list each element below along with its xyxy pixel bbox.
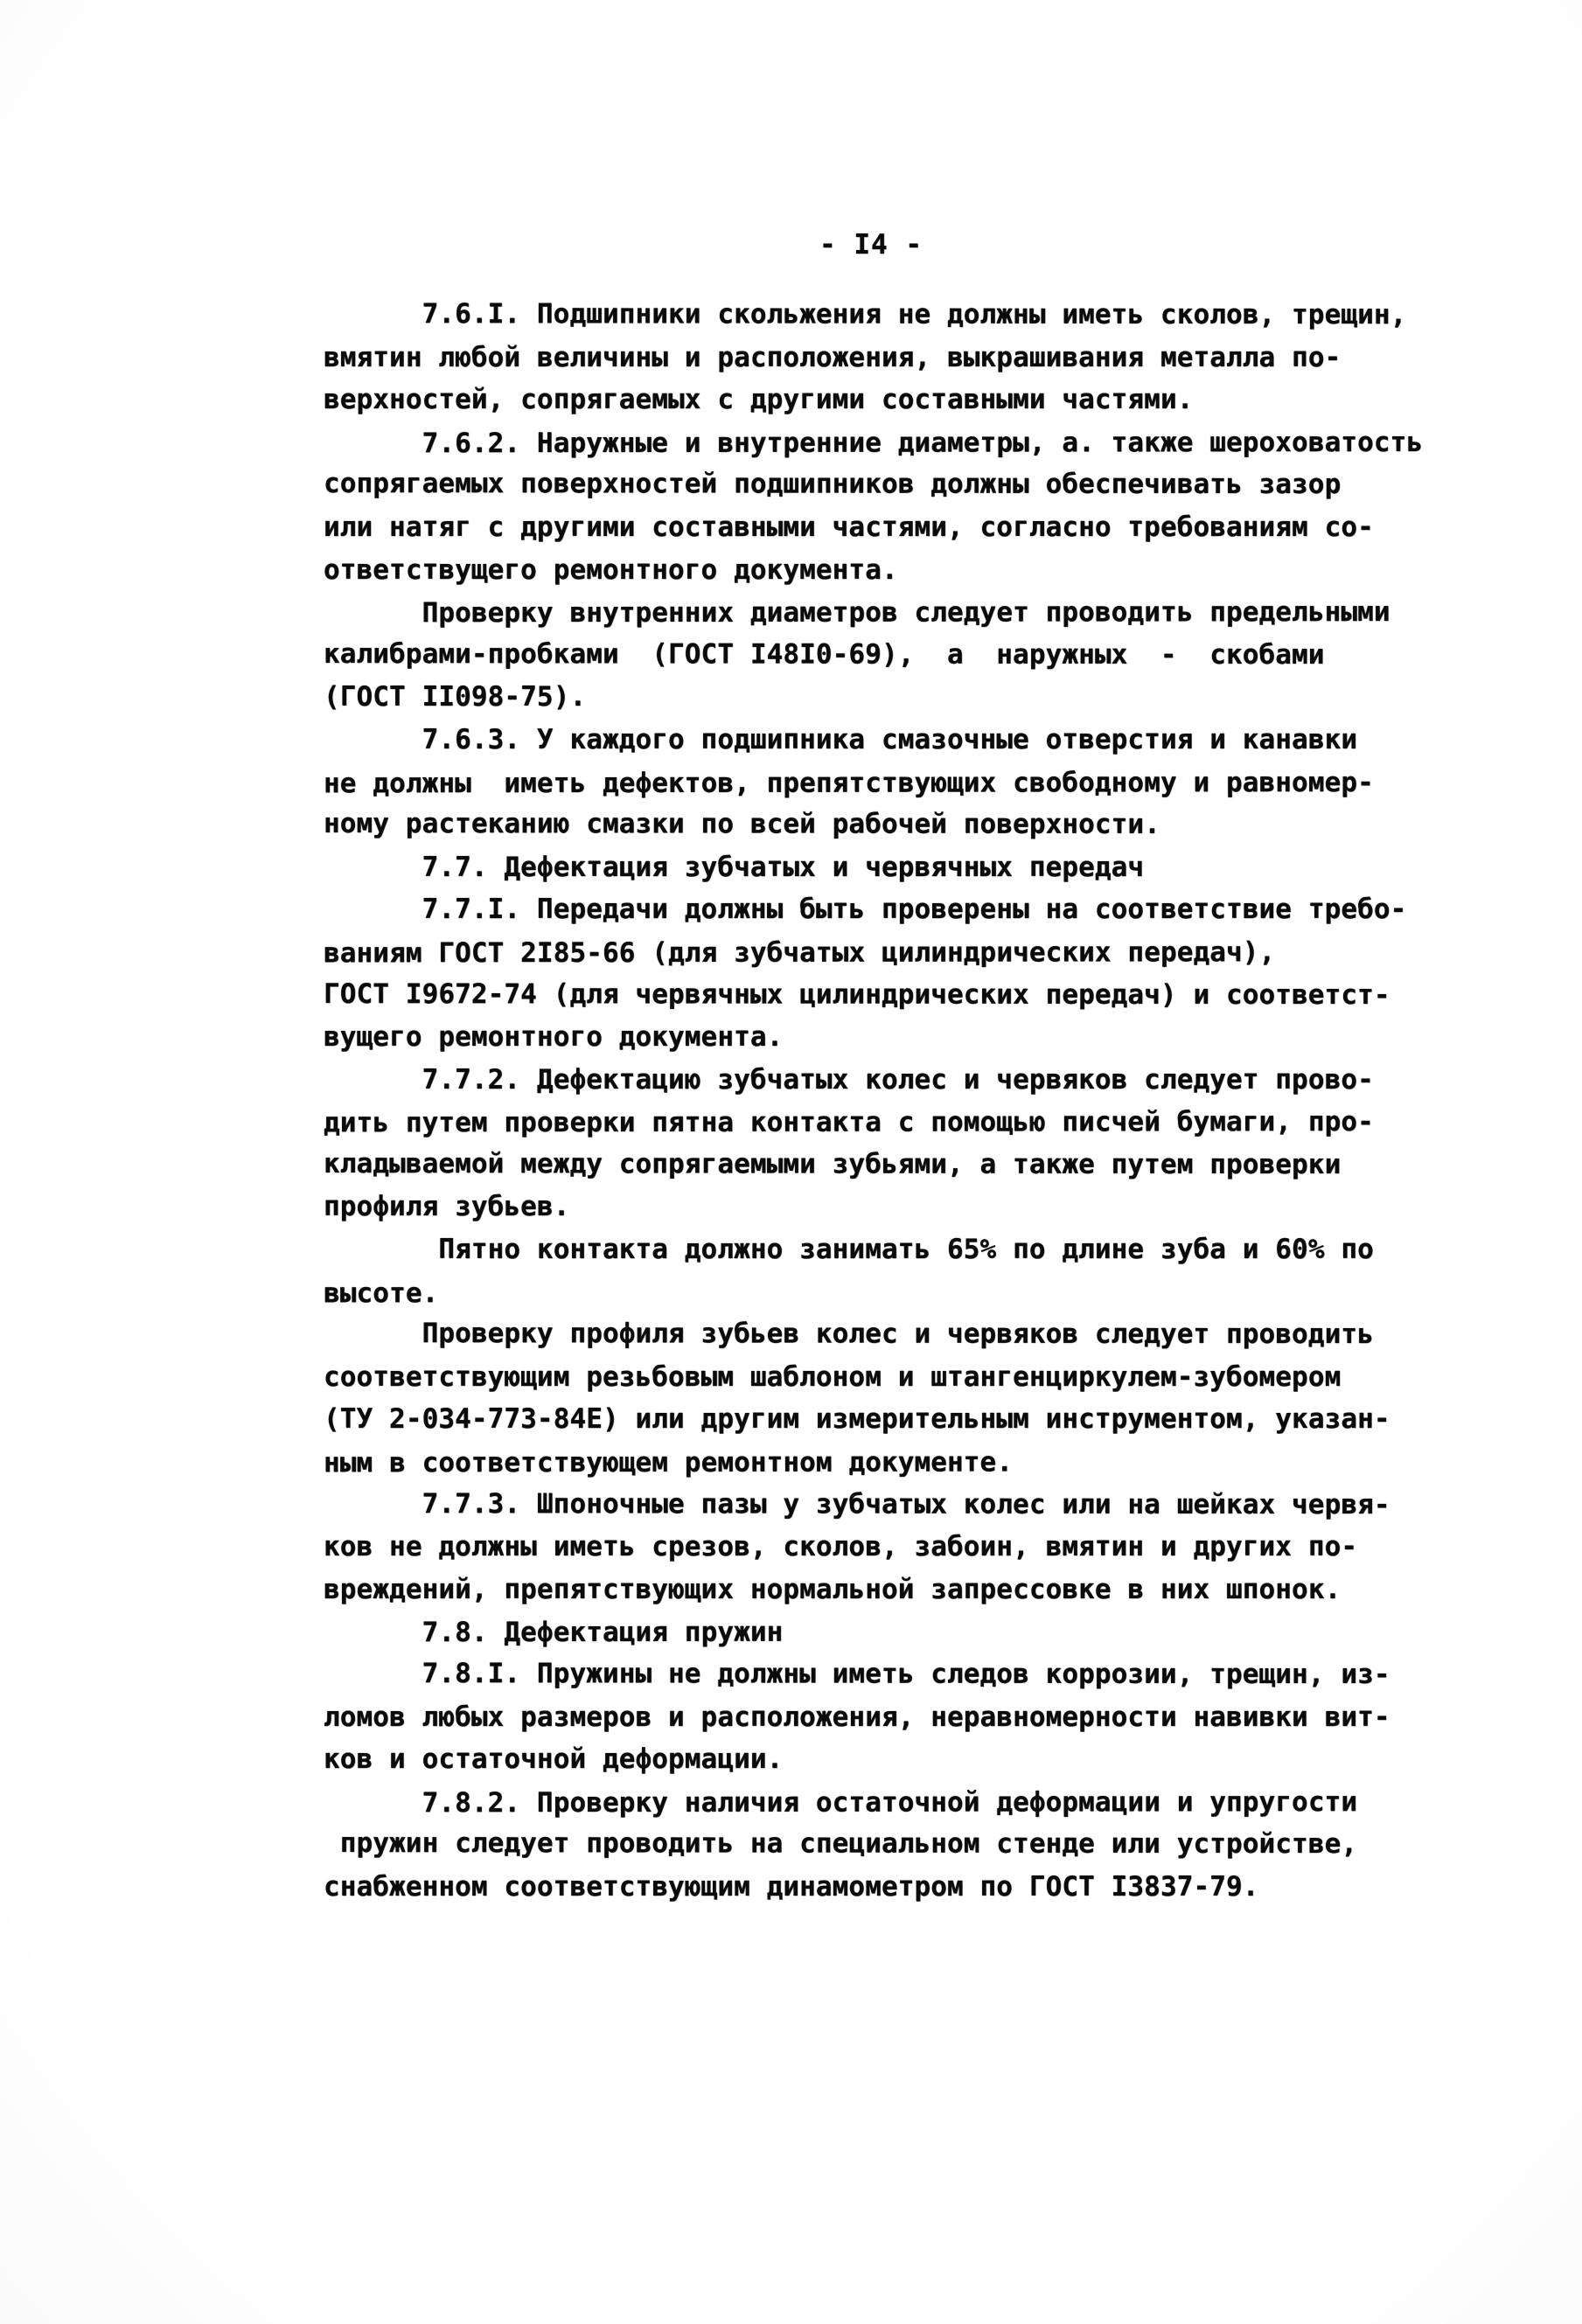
text-line: 7.6.3. У каждого подшипника смазочные от… xyxy=(324,719,1487,762)
text-line: ломов любых размеров и расположения, нер… xyxy=(324,1696,1487,1739)
text-line: Проверку внутренних диаметров следует пр… xyxy=(324,591,1487,635)
text-line: 7.8.I. Пружины не должны иметь следов ко… xyxy=(324,1653,1487,1696)
text-line: Пятно контакта должно занимать 65% по дл… xyxy=(324,1228,1487,1271)
text-line: (ГОСТ II098-75). xyxy=(324,677,1487,720)
text-line: ваниям ГОСТ 2I85-66 (для зубчатых цилинд… xyxy=(324,931,1487,975)
text-line: дить путем проверки пятна контакта с пом… xyxy=(324,1101,1487,1145)
text-line: ков и остаточной деформации. xyxy=(324,1738,1487,1781)
text-line: ГОСТ I9672-74 (для червячных цилиндричес… xyxy=(324,973,1487,1017)
text-line: 7.7. Дефектация зубчатых и червячных пер… xyxy=(324,846,1487,889)
text-line: 7.6.2. Наружные и внутренние диаметры, а… xyxy=(324,421,1487,465)
document-body: 7.6.I. Подшипники скольжения не должны и… xyxy=(324,294,1487,1909)
text-line: кладываемой между сопрягаемыми зубьями, … xyxy=(324,1143,1487,1186)
scanned-document-page: - I4 - 7.6.I. Подшипники скольжения не д… xyxy=(0,0,1582,2324)
text-line: 7.7.I. Передачи должны быть проверены на… xyxy=(324,888,1487,931)
text-line: верхностей, сопрягаемых с другими состав… xyxy=(324,379,1487,421)
text-line: 7.8.2. Проверку наличия остаточной дефор… xyxy=(324,1781,1487,1825)
text-line: 7.7.3. Шпоночные пазы у зубчатых колес и… xyxy=(324,1483,1487,1527)
text-line: не должны иметь дефектов, препятствующих… xyxy=(324,761,1487,804)
text-line: ному растеканию смазки по всей рабочей п… xyxy=(324,803,1487,846)
text-line: соответствующим резьбовым шаблоном и шта… xyxy=(324,1356,1487,1399)
text-line: высоте. xyxy=(324,1271,1487,1315)
text-line: 7.6.I. Подшипники скольжения не должны и… xyxy=(324,293,1487,337)
text-line: (ТУ 2-034-773-84Е) или другим измеритель… xyxy=(324,1398,1487,1441)
text-line: профиля зубьев. xyxy=(324,1186,1487,1229)
text-line: вмятин любой величины и расположения, вы… xyxy=(324,337,1487,379)
text-line: вущего ремонтного документа. xyxy=(324,1016,1487,1059)
text-line: или натяг с другими составными частями, … xyxy=(324,506,1487,549)
page-number: - I4 - xyxy=(324,229,1418,261)
text-line: ков не должны иметь срезов, сколов, забо… xyxy=(324,1526,1487,1569)
text-line: пружин следует проводить на специальном … xyxy=(324,1822,1487,1866)
text-line: калибрами-пробками (ГОСТ I48I0-69), а на… xyxy=(324,633,1487,677)
text-line: ответствущего ремонтного документа. xyxy=(324,549,1487,592)
text-line: сопрягаемых поверхностей подшипников дол… xyxy=(324,463,1487,506)
text-line: вреждений, препятствующих нормальной зап… xyxy=(324,1569,1487,1611)
text-line: 7.7.2. Дефектацию зубчатых колес и червя… xyxy=(324,1059,1487,1102)
text-line: снабженном соответствующим динамометром … xyxy=(324,1866,1487,1909)
text-line: 7.8. Дефектация пружин xyxy=(324,1611,1487,1654)
text-line: ным в соответствующем ремонтном документ… xyxy=(324,1441,1487,1485)
text-line: Проверку профиля зубьев колес и червяков… xyxy=(324,1312,1487,1356)
